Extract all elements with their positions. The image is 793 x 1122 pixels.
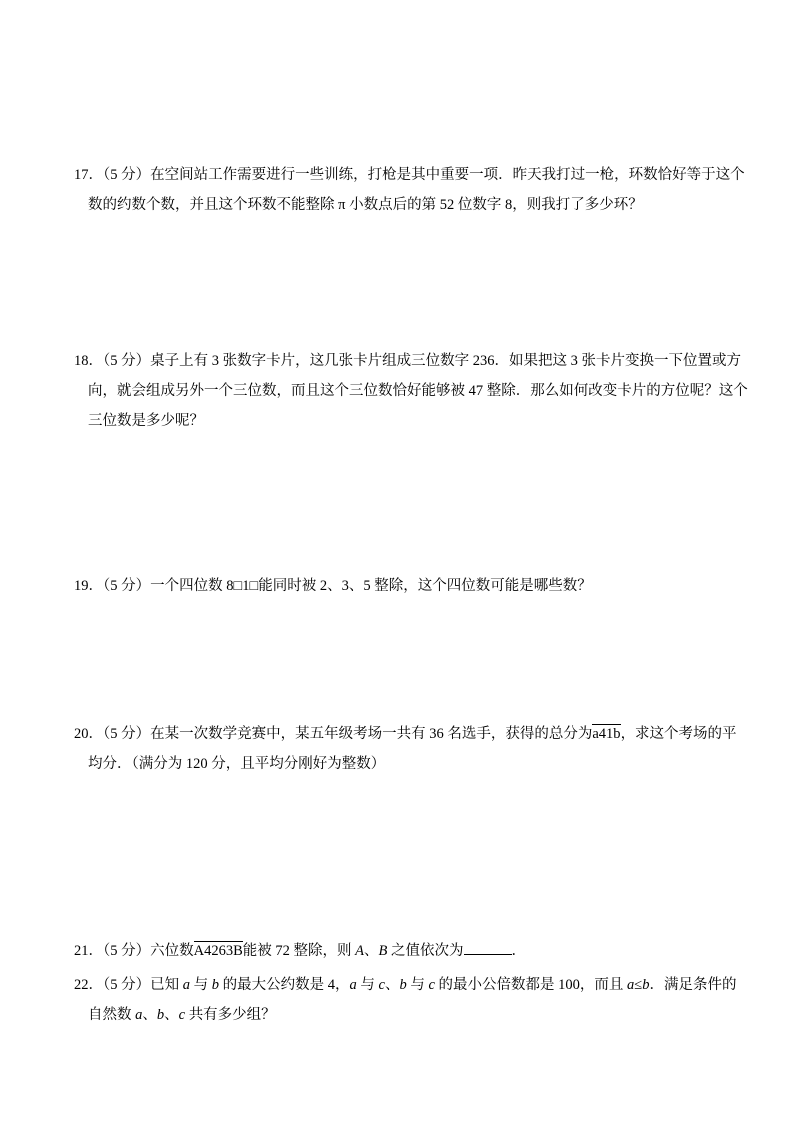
text-segment: 能被 72 整除，则 xyxy=(243,943,355,959)
text-segment: 、 xyxy=(164,1007,179,1023)
italic-variable: A xyxy=(355,943,364,959)
text-segment: 、 xyxy=(142,1007,157,1023)
text-segment: ．满足条件的 xyxy=(649,977,736,993)
question-line: 22．（5 分）已知 a 与 b 的最大公约数是 4，a 与 c、b 与 c 的… xyxy=(74,970,764,1000)
question-line: 均分．（满分为 120 分，且平均分刚好为整数） xyxy=(88,749,764,779)
text-segment: ，求这个考场的平 xyxy=(621,726,737,742)
italic-variable: a xyxy=(350,977,357,993)
text-segment: 17．（5 分）在空间站工作需要进行一些训练，打枪是其中重要一项．昨天我打过一枪… xyxy=(74,167,745,183)
text-segment: ． xyxy=(512,943,527,959)
text-segment: 数的约数个数，并且这个环数不能整除 π 小数点后的第 52 位数字 8，则我打了… xyxy=(88,197,643,213)
text-segment: 20．（5 分）在某一次数学竞赛中，某五年级考场一共有 36 名选手，获得的总分… xyxy=(74,726,592,742)
text-segment: 自然数 xyxy=(88,1007,135,1023)
text-segment: 向，就会组成另外一个三位数，而且这个三位数恰好能够被 47 整除．那么如何改变卡… xyxy=(88,383,748,399)
question-line: 18．（5 分）桌子上有 3 张数字卡片，这几张卡片组成三位数字 236．如果把… xyxy=(74,346,764,376)
text-segment: 21．（5 分）六位数 xyxy=(74,943,194,959)
question-line: 20．（5 分）在某一次数学竞赛中，某五年级考场一共有 36 名选手，获得的总分… xyxy=(74,719,764,749)
question-line: 数的约数个数，并且这个环数不能整除 π 小数点后的第 52 位数字 8，则我打了… xyxy=(88,190,764,220)
text-segment: 的最大公约数是 4， xyxy=(219,977,350,993)
overline-number: a41b xyxy=(592,724,620,742)
text-segment: 、 xyxy=(385,977,400,993)
text-segment: 之值依次为 xyxy=(387,943,463,959)
text-segment: 、 xyxy=(364,943,379,959)
question-17: 17．（5 分）在空间站工作需要进行一些训练，打枪是其中重要一项．昨天我打过一枪… xyxy=(74,160,764,220)
italic-variable: b xyxy=(212,977,219,993)
text-segment: 均分．（满分为 120 分，且平均分刚好为整数） xyxy=(88,756,385,772)
question-18: 18．（5 分）桌子上有 3 张数字卡片，这几张卡片组成三位数字 236．如果把… xyxy=(74,346,764,436)
question-line: 19．（5 分）一个四位数 8□1□能同时被 2、3、5 整除，这个四位数可能是… xyxy=(74,571,764,601)
text-segment: 与 xyxy=(357,977,379,993)
text-segment: 的最小公倍数都是 100，而且 xyxy=(435,977,627,993)
question-line: 向，就会组成另外一个三位数，而且这个三位数恰好能够被 47 整除．那么如何改变卡… xyxy=(88,376,764,406)
question-line: 17．（5 分）在空间站工作需要进行一些训练，打枪是其中重要一项．昨天我打过一枪… xyxy=(74,160,764,190)
overline-number: A4263B xyxy=(194,941,243,959)
text-segment: 22．（5 分）已知 xyxy=(74,977,183,993)
question-line: 三位数是多少呢？ xyxy=(88,406,764,436)
question-20: 20．（5 分）在某一次数学竞赛中，某五年级考场一共有 36 名选手，获得的总分… xyxy=(74,719,764,779)
text-segment: 与 xyxy=(407,977,429,993)
question-19: 19．（5 分）一个四位数 8□1□能同时被 2、3、5 整除，这个四位数可能是… xyxy=(74,571,764,601)
text-segment: 与 xyxy=(190,977,212,993)
text-segment: 18．（5 分）桌子上有 3 张数字卡片，这几张卡片组成三位数字 236．如果把… xyxy=(74,353,741,369)
document-page: 17．（5 分）在空间站工作需要进行一些训练，打枪是其中重要一项．昨天我打过一枪… xyxy=(0,0,793,1122)
text-segment: 19．（5 分）一个四位数 8□1□能同时被 2、3、5 整除，这个四位数可能是… xyxy=(74,578,592,594)
answer-blank xyxy=(464,941,512,955)
question-line: 21．（5 分）六位数A4263B能被 72 整除，则 A、B 之值依次为． xyxy=(74,936,764,966)
italic-variable: a xyxy=(183,977,190,993)
italic-variable: b xyxy=(399,977,406,993)
question-line: 自然数 a、b、c 共有多少组？ xyxy=(88,1000,764,1030)
text-segment: 三位数是多少呢？ xyxy=(88,413,204,429)
question-22: 22．（5 分）已知 a 与 b 的最大公约数是 4，a 与 c、b 与 c 的… xyxy=(74,970,764,1030)
text-segment: 共有多少组？ xyxy=(185,1007,276,1023)
question-21: 21．（5 分）六位数A4263B能被 72 整除，则 A、B 之值依次为． xyxy=(74,936,764,966)
